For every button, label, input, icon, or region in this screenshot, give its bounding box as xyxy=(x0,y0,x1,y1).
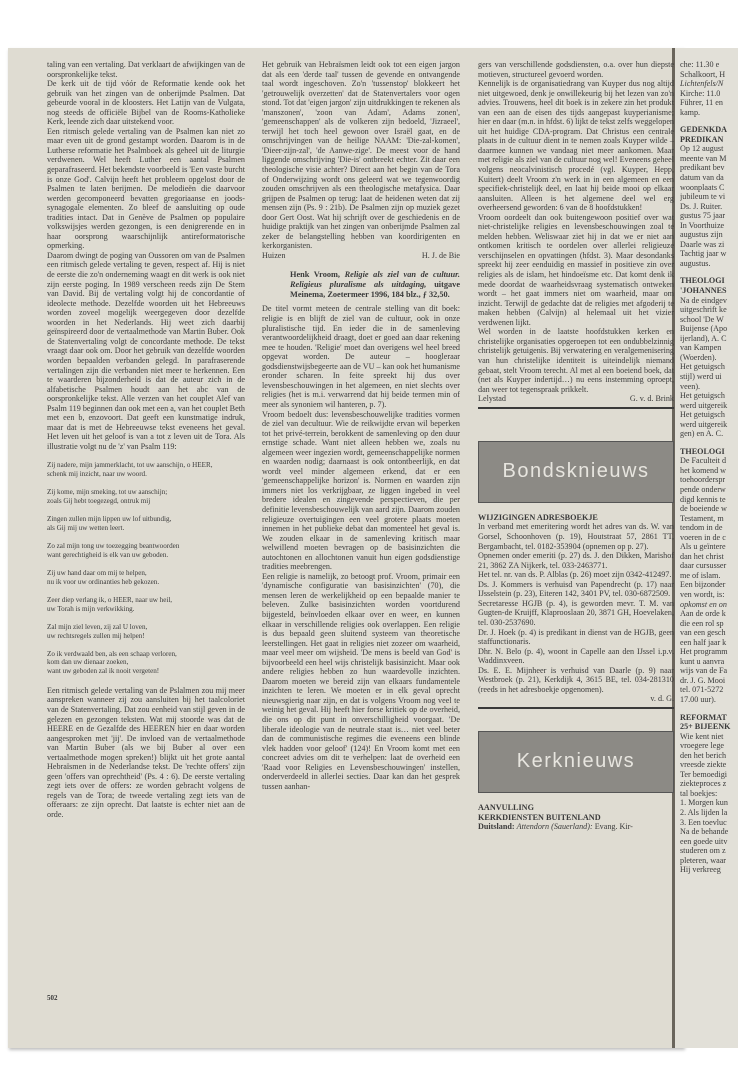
section-banner-kerknieuws: Kerknieuws xyxy=(478,731,674,793)
review-signature: Huizen H. J. de Bie xyxy=(262,251,460,261)
section-heading: KERKDIENSTEN BUITENLAND xyxy=(478,813,674,823)
poem-stanza: Zo ik verdwaald ben, als een schaap verl… xyxy=(47,650,245,676)
paragraph: Kennelijk is de organisatiedrang van Kuy… xyxy=(478,79,674,213)
section-divider xyxy=(478,707,674,709)
paragraph: Wel worden in de laatste hoofdstukken ke… xyxy=(478,327,674,394)
signature-name: H. J. de Bie xyxy=(422,251,460,261)
section-heading: GEDENKDA PREDIKAN xyxy=(680,125,738,144)
paragraph: De titel vormt meteen de centrale stelli… xyxy=(262,304,460,409)
section-heading: THEOLOGI 'JOHANNES xyxy=(680,276,738,295)
list-item: In verband met emeritering wordt het adr… xyxy=(478,522,674,551)
country-label: Duitsland: xyxy=(478,822,515,831)
book-author: Henk Vroom, xyxy=(290,270,340,279)
list-item: Secretaresse HGJB (p. 4), is geworden me… xyxy=(478,599,674,628)
paragraph: Vroom bedoelt dus: levensbeschouwelijke … xyxy=(262,410,460,572)
paragraph: Een ritmisch gelede vertaling van de Psa… xyxy=(47,127,245,251)
column-3: gers van verschillende godsdiensten, o.a… xyxy=(478,60,674,832)
paragraph: Daarom dwingt de poging van Oussoren om … xyxy=(47,251,245,451)
list-item: Opnemen onder emeriti (p. 27) ds. J. den… xyxy=(478,551,674,570)
place-label: Attendorn (Sauerland): xyxy=(517,822,593,831)
list-item: Ds. E. E. Mijnheer is verhuisd van Daarl… xyxy=(478,666,674,695)
paragraph: gers van verschillende godsdiensten, o.a… xyxy=(478,60,674,79)
column-2: Het gebruik van Hebraïsmen leidt ook tot… xyxy=(262,60,460,791)
poem-stanza: Zeer diep verlang ik, o HEER, naar uw he… xyxy=(47,596,245,613)
paragraph: Het gebruik van Hebraïsmen leidt ook tot… xyxy=(262,60,460,251)
column-4-partial: che: 11.30 e Schalkoort, H Lichtenfels/N… xyxy=(680,60,738,875)
poem-stanza: Zij uw hand daar om mij te helpen, nu ik… xyxy=(47,569,245,586)
list-item: Dr. J. Hoek (p. 4) is predikant in diens… xyxy=(478,628,674,647)
section-signature: v. d. G. xyxy=(478,694,674,704)
list-item: Ds. J. Kommers is verhuisd van Papendrec… xyxy=(478,580,674,599)
page-number: 502 xyxy=(47,994,58,1002)
poem-stanza: Zij nadere, mijn jammerklacht, tot uw aa… xyxy=(47,461,245,478)
paragraph: Een religie is namelijk, zo betoogt prof… xyxy=(262,572,460,792)
review-signature: Lelystad G. v. d. Brink xyxy=(478,394,674,404)
section-heading: WIJZIGINGEN ADRESBOEKJE xyxy=(478,513,674,523)
section-heading: REFORMAT 25+ BIJEENK xyxy=(680,713,738,732)
list-item: Het tel. nr. van ds. P. Alblas (p. 26) m… xyxy=(478,570,674,580)
paragraph: Duitsland: Attendorn (Sauerland): Evang.… xyxy=(478,822,674,832)
column-1: taling van een vertaling. Dat verklaart … xyxy=(47,60,245,820)
poem-stanza: Zij kome, mijn smeking, tot uw aanschijn… xyxy=(47,488,245,505)
signature-place: Lelystad xyxy=(478,394,506,404)
psalm-119-poem: Zij nadere, mijn jammerklacht, tot uw aa… xyxy=(47,461,245,675)
poem-stanza: Zo zal mijn tong uw toezegging beantwoor… xyxy=(47,542,245,559)
signature-place: Huizen xyxy=(262,251,285,261)
section-heading: THEOLOGI xyxy=(680,447,738,457)
paragraph: Vroom oordeelt dan ook buitengewoon posi… xyxy=(478,213,674,328)
section-divider xyxy=(478,407,674,409)
book-review-heading: Henk Vroom, Religie als ziel van de cult… xyxy=(290,270,460,300)
signature-name: G. v. d. Brink xyxy=(630,394,674,404)
paragraph: Een ritmisch gelede vertaling van de Psl… xyxy=(47,686,245,820)
paragraph: taling van een vertaling. Dat verklaart … xyxy=(47,60,245,79)
poem-stanza: Zal mijn ziel leven, zij zal U loven, uw… xyxy=(47,623,245,640)
poem-stanza: Zingen zullen mijn lippen uw lof uitbund… xyxy=(47,515,245,532)
list-item: Dhr. N. Belo (p. 4), woont in Capelle aa… xyxy=(478,647,674,666)
paragraph: De kerk uit de tijd vóór de Reformatie k… xyxy=(47,79,245,127)
section-banner-bondsnieuws: Bondsknieuws xyxy=(478,441,674,503)
section-heading: AANVULLING xyxy=(478,803,674,813)
